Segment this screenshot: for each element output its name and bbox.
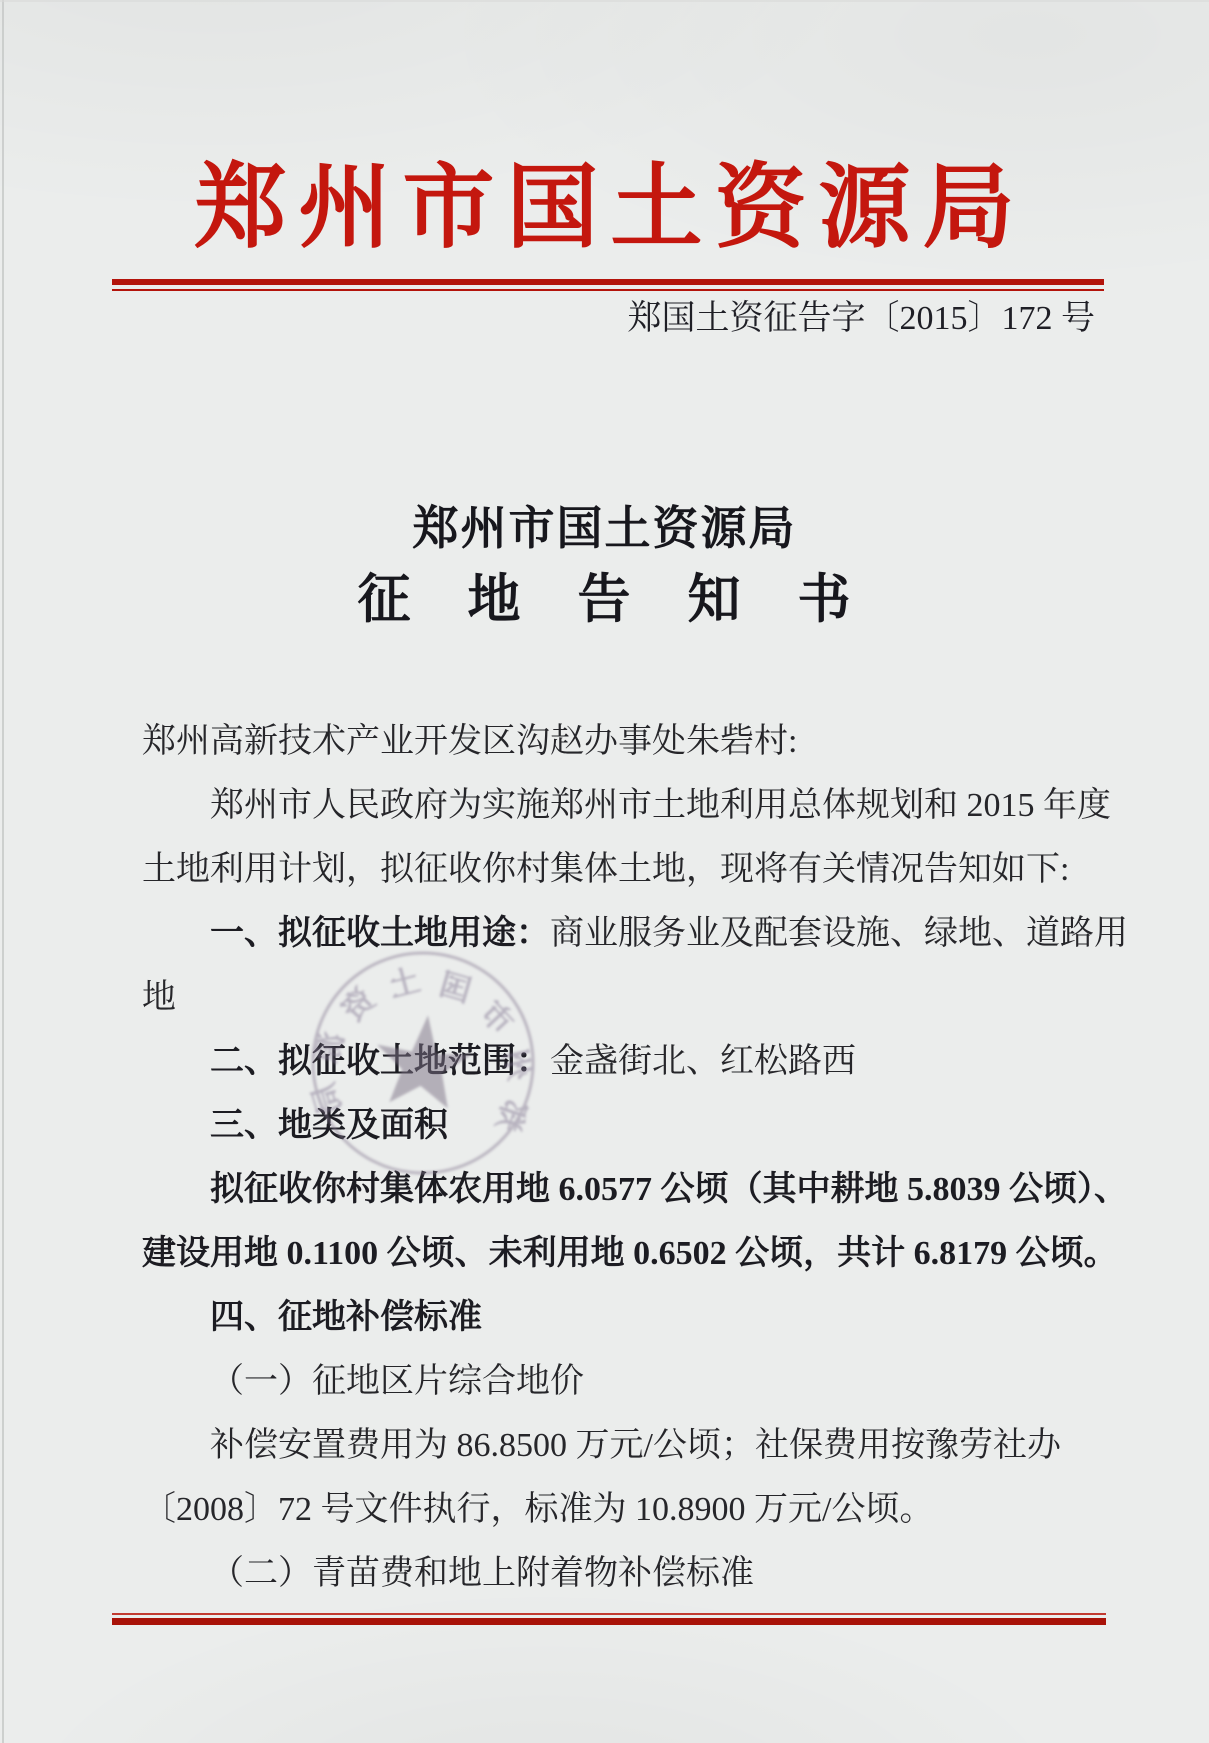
body-line-4-segment-1: 一、拟征收土地用途： <box>210 915 550 952</box>
body-line-14: （二）青苗费和地上附着物补偿标准 <box>142 1554 1162 1594</box>
body-line-1-segment-1: 郑州高新技术产业开发区沟赵办事处朱砦村: <box>142 723 797 760</box>
footer-rule-thick-line <box>112 1618 1106 1625</box>
body-line-2: 郑州市人民政府为实施郑州市土地利用总体规划和 2015 年度 <box>142 786 1162 826</box>
body-line-8: 拟征收你村集体农用地 6.0577 公顷（其中耕地 5.8039 公顷）、 <box>142 1170 1162 1210</box>
body-line-13: 〔2008〕72 号文件执行，标准为 10.8900 万元/公顷。 <box>142 1490 1094 1530</box>
body-line-6-segment-1: 二、拟征收土地范围： <box>210 1043 550 1080</box>
scan-left-edge-line <box>2 0 4 1743</box>
body-line-6: 二、拟征收土地范围：金盏街北、红松路西 <box>142 1042 1162 1082</box>
document-title-notice: 征地告知书 <box>28 571 1209 629</box>
body-line-12-segment-1: 补偿安置费用为 86.8500 万元/公顷；社保费用按豫劳社办 <box>210 1427 1061 1464</box>
body-line-7-segment-1: 三、地类及面积 <box>210 1107 448 1144</box>
body-line-11: （一）征地区片综合地价 <box>142 1362 1162 1402</box>
body-line-1: 郑州高新技术产业开发区沟赵办事处朱砦村: <box>142 722 1094 762</box>
body-line-2-segment-1: 郑州市人民政府为实施郑州市土地利用总体规划和 2015 年度 <box>210 787 1111 824</box>
document-title-agency: 郑州市国土资源局 <box>0 504 1209 554</box>
body-line-5-segment-1: 地 <box>142 979 176 1016</box>
body-line-5: 地 <box>142 978 1094 1018</box>
scanned-document-page: 郑州市国土资源局 郑国土资征告字〔2015〕172 号 郑州市国土资源局 征地告… <box>0 0 1209 1743</box>
body-line-13-segment-1: 〔2008〕72 号文件执行，标准为 10.8900 万元/公顷。 <box>142 1491 933 1528</box>
body-line-4-segment-2: 商业服务业及配套设施、绿地、道路用 <box>550 915 1128 952</box>
body-line-12: 补偿安置费用为 86.8500 万元/公顷；社保费用按豫劳社办 <box>142 1426 1162 1466</box>
letterhead-agency-title: 郑州市国土资源局 <box>6 158 1209 258</box>
body-line-7: 三、地类及面积 <box>142 1106 1162 1146</box>
body-line-6-segment-2: 金盏街北、红松路西 <box>550 1043 856 1080</box>
body-line-8-segment-1: 拟征收你村集体农用地 6.0577 公顷（其中耕地 5.8039 公顷）、 <box>210 1171 1128 1208</box>
body-line-3: 土地利用计划，拟征收你村集体土地，现将有关情况告知如下: <box>142 850 1094 890</box>
body-line-9-segment-1: 建设用地 0.1100 公顷、未利用地 0.6502 公顷，共计 6.8179 … <box>142 1235 1118 1272</box>
footer-rule-thin-line <box>112 1613 1106 1615</box>
body-line-11-segment-1: （一）征地区片综合地价 <box>210 1363 584 1400</box>
footer-red-rule <box>112 1613 1106 1625</box>
red-rule-thin-line <box>112 289 1104 291</box>
letterhead-red-rule <box>112 279 1104 291</box>
body-line-14-segment-1: （二）青苗费和地上附着物补偿标准 <box>210 1555 754 1592</box>
scan-top-edge-shadow <box>0 0 1209 2</box>
red-rule-thick-line <box>112 279 1104 285</box>
body-line-10: 四、征地补偿标准 <box>142 1298 1162 1338</box>
body-line-10-segment-1: 四、征地补偿标准 <box>210 1299 482 1336</box>
document-reference-number: 郑国土资征告字〔2015〕172 号 <box>628 299 1096 339</box>
body-line-9: 建设用地 0.1100 公顷、未利用地 0.6502 公顷，共计 6.8179 … <box>142 1234 1094 1274</box>
body-line-4: 一、拟征收土地用途：商业服务业及配套设施、绿地、道路用 <box>142 914 1162 954</box>
body-line-3-segment-1: 土地利用计划，拟征收你村集体土地，现将有关情况告知如下: <box>142 851 1069 888</box>
